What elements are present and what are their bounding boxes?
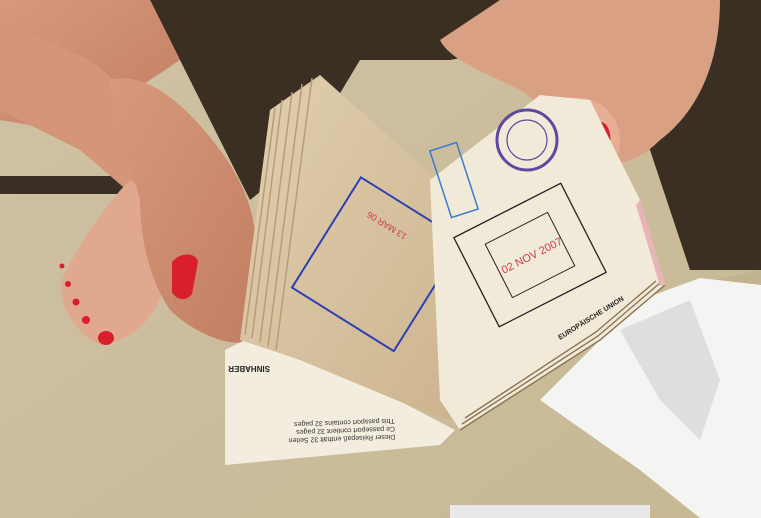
toenail [98,331,114,345]
cover-text: SINHABER [228,364,270,373]
photo-illustration: SINHABER Dieser Reisepaß enthält 32 Seit… [0,0,761,518]
passport-photo: SINHABER Dieser Reisepaß enthält 32 Seit… [0,0,761,518]
page-count-text: Dieser Reisepaß enthält 32 Seiten Ce pas… [288,417,395,444]
shadow-stripe [0,176,125,194]
